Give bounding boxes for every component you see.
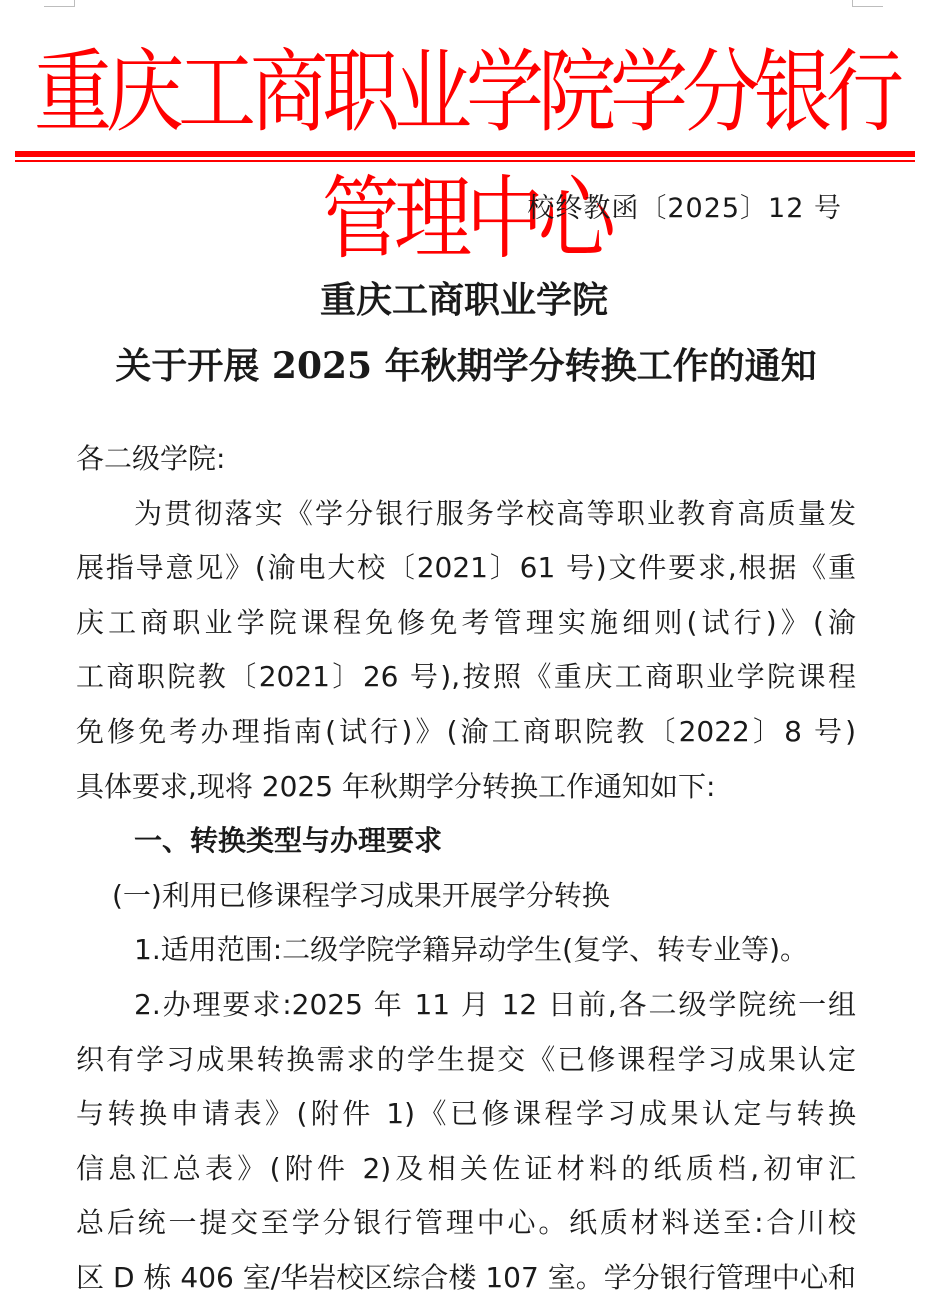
- text-line: 具体要求,现将 2025 年秋期学分转换工作通知如下:: [76, 760, 856, 815]
- text-line: 与转换申请表》(附件 1)《已修课程学习成果认定与转换: [76, 1087, 856, 1142]
- text-line: 免修免考办理指南(试行)》(渝工商职院教〔2022〕8 号): [76, 705, 856, 760]
- item-applicable-scope: 1.适用范围:二级学院学籍异动学生(复学、转专业等)。: [76, 923, 856, 978]
- item-requirements-paragraph: 2.办理要求:2025 年 11 月 12 日前,各二级学院统一组 织有学习成果…: [76, 978, 856, 1306]
- section-heading: 一、转换类型与办理要求: [76, 814, 856, 869]
- masthead-red-rule-thin: [15, 160, 915, 162]
- text-line: 为贯彻落实《学分银行服务学校高等职业教育高质量发: [76, 487, 856, 542]
- intro-paragraph: 为贯彻落实《学分银行服务学校高等职业教育高质量发 展指导意见》(渝电大校〔202…: [76, 487, 856, 815]
- title-line-1: 重庆工商职业学院: [0, 272, 930, 323]
- text-line: 总后统一提交至学分银行管理中心。纸质材料送至:合川校: [76, 1196, 856, 1251]
- document-number: 校终教函〔2025〕12 号: [527, 186, 842, 225]
- page-corner-mark-right: [852, 0, 883, 7]
- text-line: 展指导意见》(渝电大校〔2021〕61 号)文件要求,根据《重: [76, 541, 856, 596]
- document-body: 各二级学院: 为贯彻落实《学分银行服务学校高等职业教育高质量发 展指导意见》(渝…: [76, 432, 856, 1306]
- text-line: 庆工商职业学院课程免修免考管理实施细则(试行)》(渝: [76, 596, 856, 651]
- title-line-2: 关于开展 2025 年秋期学分转换工作的通知: [0, 338, 932, 389]
- text-line: 2.办理要求:2025 年 11 月 12 日前,各二级学院统一组: [76, 978, 856, 1033]
- text-line: 织有学习成果转换需求的学生提交《已修课程学习成果认定: [76, 1033, 856, 1088]
- masthead-red-rule-thick: [15, 151, 915, 157]
- subsection-heading: (一)利用已修课程学习成果开展学分转换: [76, 869, 856, 924]
- text-line: 信息汇总表》(附件 2)及相关佐证材料的纸质档,初审汇: [76, 1142, 856, 1197]
- salutation: 各二级学院:: [76, 432, 856, 487]
- page-corner-mark-left: [44, 0, 75, 7]
- text-line: 区 D 栋 406 室/华岩校区综合楼 107 室。学分银行管理中心和: [76, 1251, 856, 1306]
- text-line: 工商职院教〔2021〕26 号),按照《重庆工商职业学院课程: [76, 650, 856, 705]
